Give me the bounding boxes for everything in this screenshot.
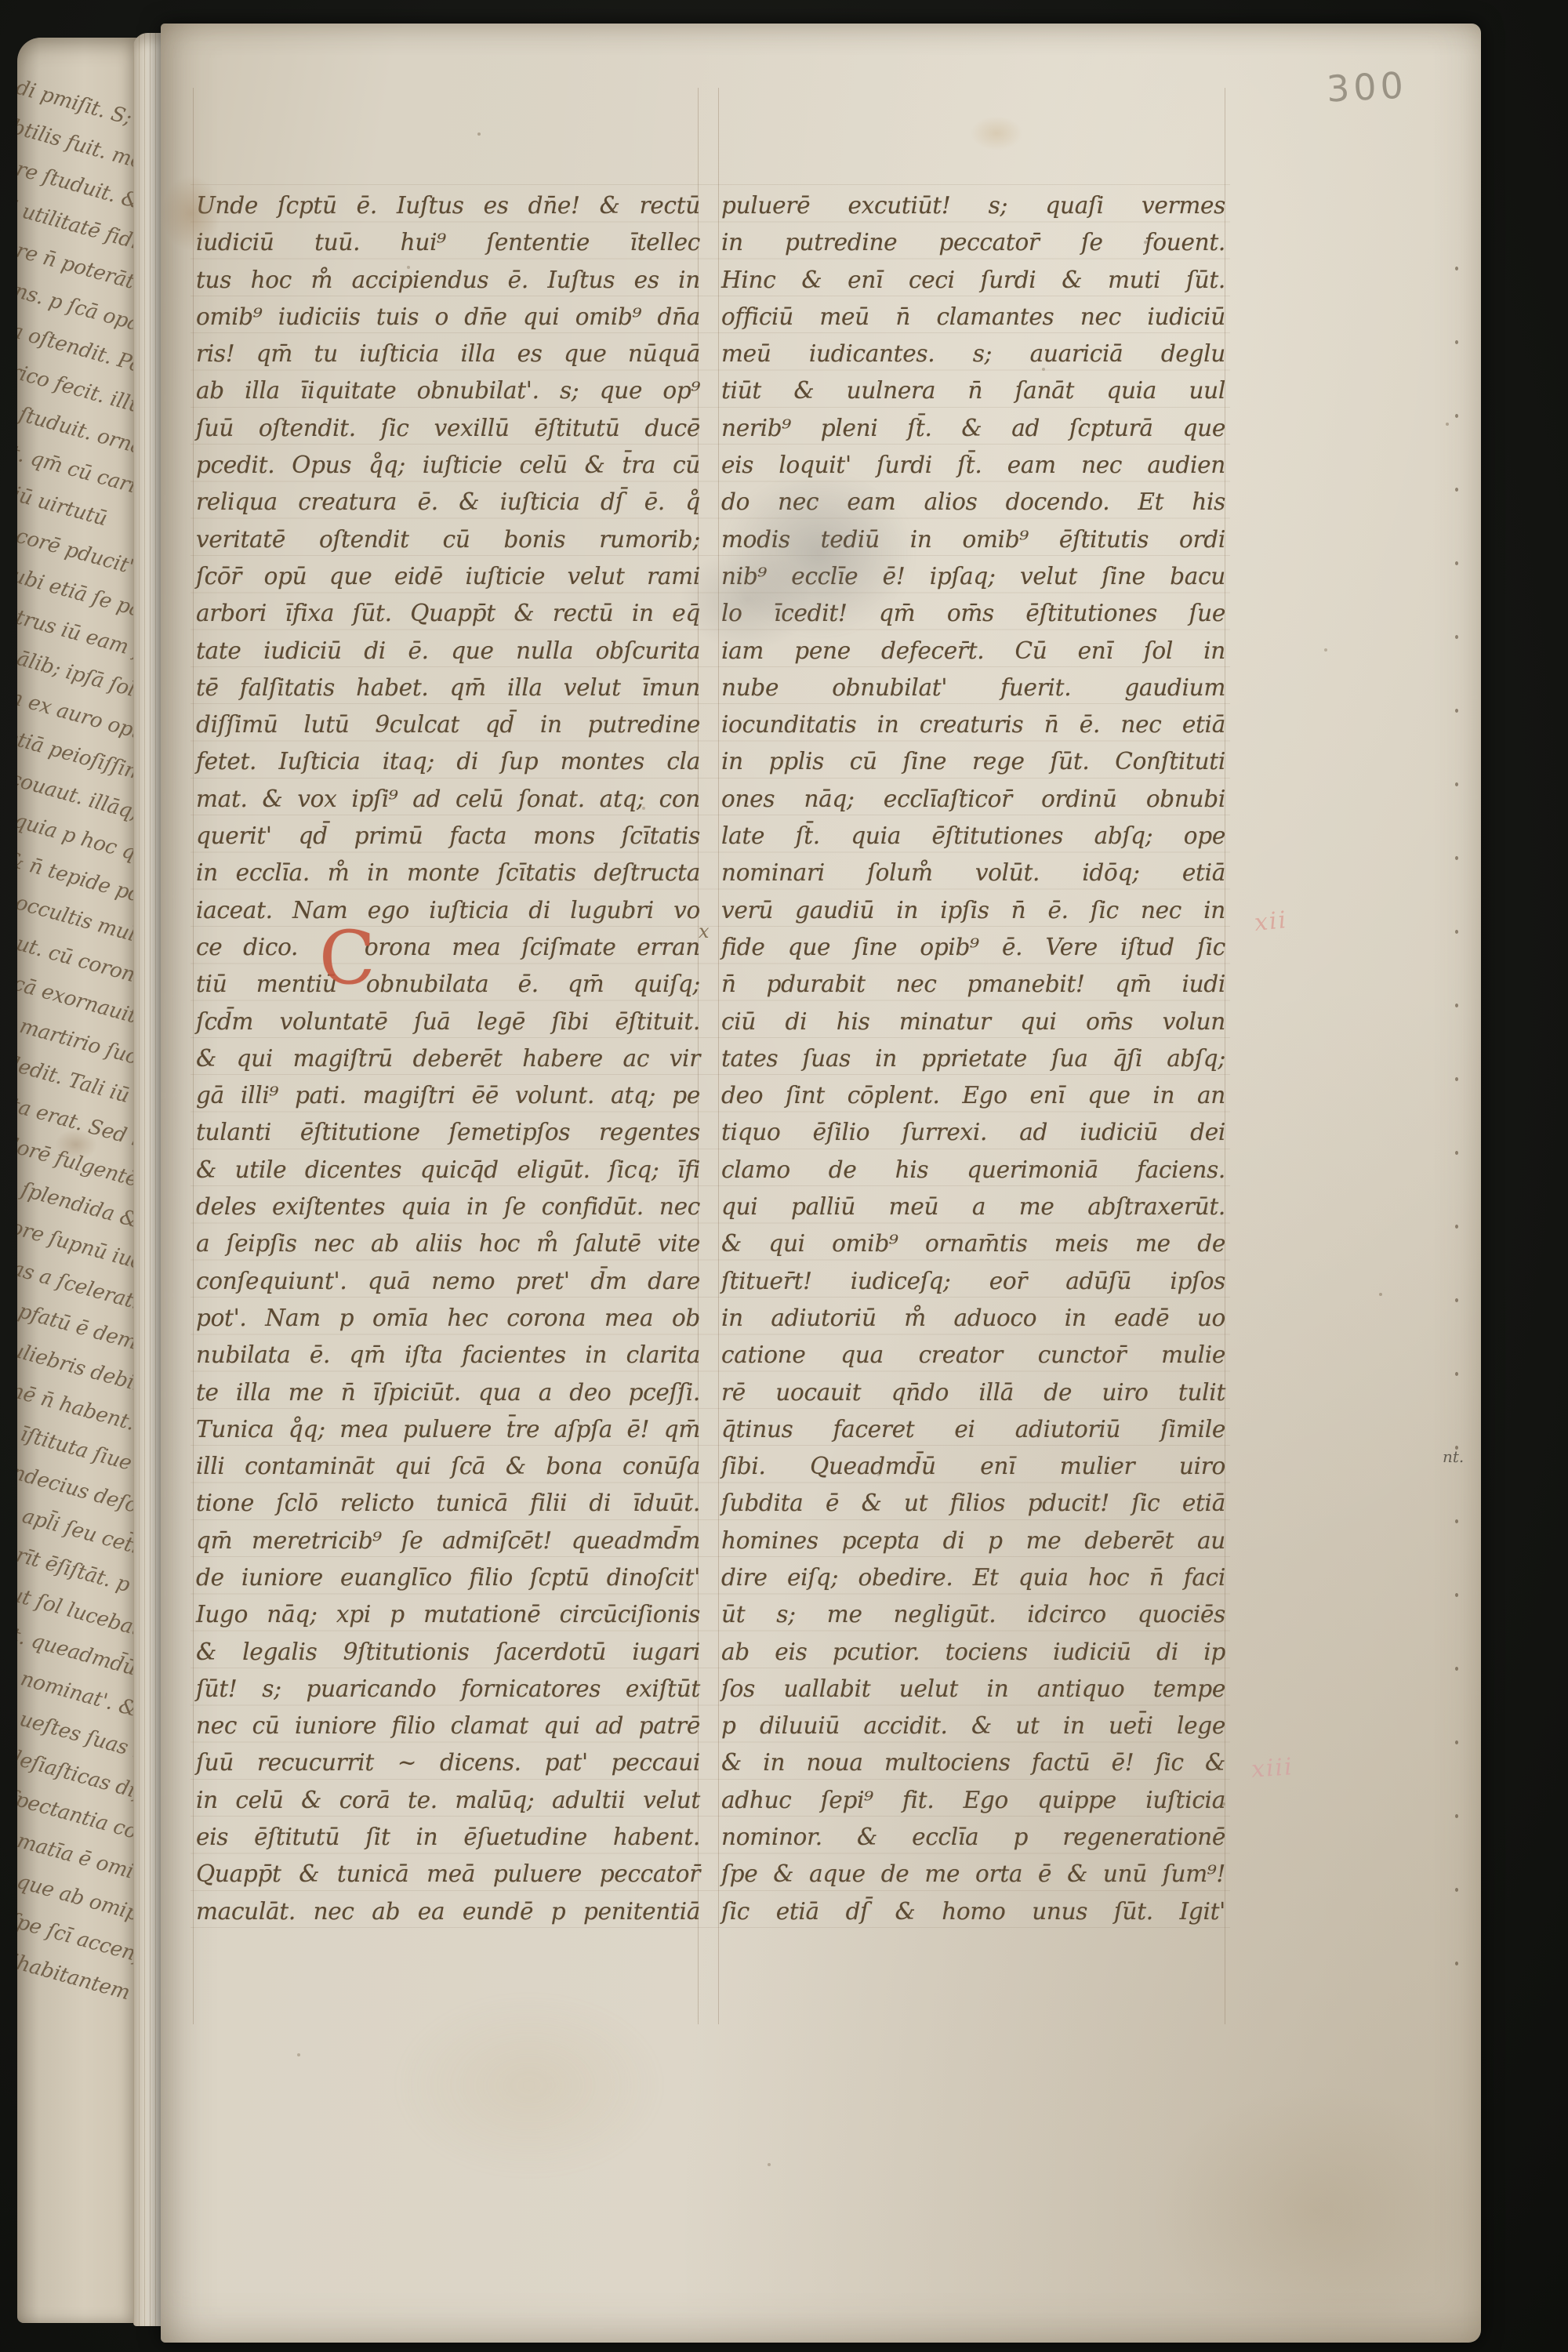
manuscript-line: nerib⁹ pleni ſt̄. & ad ſcpturā que [721,410,1225,447]
manuscript-line: ſūt! s; puaricando fornicatores exiſtūt [196,1671,700,1708]
ruling-line-left-col2 [718,88,719,2024]
manuscript-line: catione qua creator cunctor̄ mulie [721,1337,1225,1374]
ink-speckles [0,0,2,2]
manuscript-line: iam pene defecer̄t. Cū enī ſol in [721,633,1225,670]
manuscript-line: tione ſclō relicto tunicā filii di īduūt… [196,1485,700,1522]
manuscript-line: eis loquit' ſurdi ſt̄. eam nec audien [721,447,1225,484]
manuscript-line: clamo de his querimoniā faciens. [721,1152,1225,1189]
manuscript-line: ſibi. Queadmd̄ū enī mulier uiro [721,1448,1225,1485]
ruling-line-left-col1 [193,88,194,2024]
manuscript-line: in ecclīa. m̊ in monte ſcītatis deſtruct… [196,855,700,891]
manuscript-line: diſſimū lutū 9culcat qd̄ in putredine [196,706,700,743]
manuscript-line: rē uocauit qn̄do illā de uiro tulit [721,1374,1225,1411]
manuscript-line: q̄tinus faceret ei adiutoriū ſimile [721,1411,1225,1448]
manuscript-line: de iuniore euanglīco filio ſcptū dinoſci… [196,1559,700,1596]
prick-mark [1455,1151,1458,1155]
manuscript-line: qm̄ meretricib⁹ ſe admiſcēt! queadmd̄m [196,1523,700,1559]
manuscript-line: pot'. Nam p omīa hec corona mea ob [196,1300,700,1337]
manuscript-line: nib⁹ ecclīe ē! ipſaq; velut ſine bacu [721,558,1225,595]
manuscript-line: verū gaudiū in ipſis n̄ ē. ſic nec in [721,892,1225,929]
manuscript-line: ones nāq; ecclīaſticor̄ ordinū obnubi [721,781,1225,818]
manuscript-line: ſic etiā dſ̄ & homo unus ſūt. Igit' [721,1893,1225,1930]
text-column-1: Unde ſcptū ē. Iuſtus es dn̄e! & rectūiud… [196,187,700,1930]
prick-mark [1455,340,1458,344]
manuscript-page: Unde ſcptū ē. Iuſtus es dn̄e! & rectūiud… [161,24,1481,2343]
manuscript-line: n̄ pdurabit nec pmanebit! qm̄ iudi [721,966,1225,1003]
manuscript-line: ciū di his minatur qui om̄s volun [721,1004,1225,1040]
manuscript-line: in pplis cū ſine rege ſūt. Conſtituti [721,743,1225,780]
manuscript-line: nominor. & ecclīa p regenerationē [721,1819,1225,1856]
right-edge-note: nt. [1443,1447,1464,1466]
manuscript-line: adhuc ſepi⁹ fit. Ego quippe iuſticia [721,1782,1225,1819]
manuscript-line: ſubdita ē & ut filios pducit! ſic etiā [721,1485,1225,1522]
prick-mark [1455,1740,1458,1744]
prick-mark [1455,414,1458,418]
prick-mark [1455,1962,1458,1965]
manuscript-line: illi contamināt qui ſcā & bona conūſa [196,1448,700,1485]
manuscript-line: tates ſuas in pprietate ſua q̄ſi abſq; [721,1040,1225,1077]
manuscript-line: tiūt & uulnera n̄ ſanāt quia uul [721,372,1225,409]
manuscript-line: iudiciū tuū. hui⁹ ſententie ītellec [196,224,700,261]
manuscript-line: dire eiſq; obedire. Et quia hoc n̄ faci [721,1559,1225,1596]
text-column-2: puluerē excutiūt! s; quaſi vermesin putr… [721,187,1225,1930]
manuscript-line: pcedit. Opus q̊q; iuſticie celū & t̄ra c… [196,447,700,484]
manuscript-line: a ſeipſis nec ab aliis hoc m̊ ſalutē vit… [196,1225,700,1262]
manuscript-line: te illa me n̄ īſpiciūt. qua a deo pceſſi… [196,1374,700,1411]
manuscript-line: Hinc & enī ceci ſurdi & muti ſūt. [721,262,1225,299]
manuscript-line: ūt s; me negligūt. idcirco quociēs [721,1596,1225,1633]
manuscript-line: ab illa īiquitate obnubilat'. s; que op⁹ [196,372,700,409]
prick-mark [1455,1519,1458,1523]
prick-mark [1455,1446,1458,1450]
prick-mark [1455,635,1458,639]
manuscript-line: nec cū iuniore filio clamat qui ad patrē [196,1708,700,1744]
manuscript-line: conſequiunt'. quā nemo pret' d̄m dare [196,1263,700,1300]
manuscript-line: & legalis 9ſtitutionis ſacerdotū iugari [196,1634,700,1671]
manuscript-line: gā illi⁹ pati. magiſtri ēē volunt. atq; … [196,1077,700,1114]
manuscript-line: ris! qm̄ tu iuſticia illa es que nūquā [196,336,700,372]
manuscript-line: ſcōr̄ opū que eidē iuſticie velut rami [196,558,700,595]
manuscript-line: meū iudicantes. s; auariciā deglu [721,336,1225,372]
manuscript-line: iaceat. Nam ego iuſticia di lugubri vo [196,892,700,929]
manuscript-line: & utile dicentes quicq̄d eligūt. ſicq; ī… [196,1152,700,1189]
manuscript-line: querit' qd̄ primū facta mons ſcītatis [196,818,700,855]
manuscript-line: nubilata ē. qm̄ iſta facientes in clarit… [196,1337,700,1374]
manuscript-line: homines pcepta di p me deberēt au [721,1523,1225,1559]
manuscript-line: modis tediū in omib⁹ ēſtitutis ordi [721,521,1225,558]
manuscript-line: deo ſint cōplent. Ego enī que in an [721,1077,1225,1114]
manuscript-line: ce dico. Corona mea ſciſmate erran [196,929,700,966]
manuscript-line: Tunica q̊q; mea puluere t̄re aſpſa ē! qm… [196,1411,700,1448]
prick-mark [1455,782,1458,786]
previous-folio-edge: endi pmiſit. S; &ſubtilis fuit. moreſq;g… [17,38,140,2323]
manuscript-line: fetet. Iuſticia itaq; di ſup montes cla [196,743,700,780]
manuscript-line: ſtituer̄t! iudiceſq; eor̄ adūſū ipſos [721,1263,1225,1300]
manuscript-line: ſpe & aque de me orta ē & unū ſum⁹! [721,1856,1225,1893]
manuscript-line: in putredine peccator̄ ſe fouent. [721,224,1225,261]
prick-mark [1455,1225,1458,1229]
prick-mark [1455,488,1458,492]
red-margin-mark-lower: xiii [1250,1753,1294,1784]
manuscript-line: do nec eam alios docendo. Et his [721,484,1225,521]
manuscript-line: arbori īfixa ſūt. Quapp̄t & rectū in eq̄ [196,595,700,632]
manuscript-line: deles exiſtentes quia in ſe confidūt. ne… [196,1189,700,1225]
manuscript-line: in adiutoriū m̊ aduoco in eadē uo [721,1300,1225,1337]
intercolumn-correction-mark: x [699,920,710,942]
prick-mark [1455,1593,1458,1597]
prick-mark [1455,930,1458,934]
manuscript-line: nominari ſolum̊ volūt. idōq; etiā [721,855,1225,891]
manuscript-line: nube obnubilat' fuerit. gaudium [721,670,1225,706]
prick-mark [1455,709,1458,713]
manuscript-line: reliqua creatura ē. & iuſticia dſ̄ ē. q̊ [196,484,700,521]
manuscript-line: Iugo nāq; xpi p mutationē circūciſionis [196,1596,700,1633]
manuscript-line: ſos uallabit uelut in antiquo tempe [721,1671,1225,1708]
manuscript-photo: { "page": { "folio_number": "300", "back… [0,0,1568,2352]
red-margin-mark-upper: xii [1253,906,1289,937]
manuscript-line: eis ēſtitutū ſit in ēſuetudine habent. [196,1819,700,1856]
manuscript-line: lo īcedit! qm̄ om̄s ēſtitutiones ſue [721,595,1225,632]
manuscript-line: puluerē excutiūt! s; quaſi vermes [721,187,1225,224]
manuscript-line: fide que ſine opib⁹ ē. Vere iſtud ſic [721,929,1225,966]
prick-mark [1455,1888,1458,1892]
manuscript-line: maculāt. nec ab ea eundē p penitentiā [196,1893,700,1930]
manuscript-line: tus hoc m̊ accipiendus ē. Iuſtus es in [196,262,700,299]
prick-mark [1455,1814,1458,1818]
manuscript-line: & qui magiſtrū deberēt habere ac vir [196,1040,700,1077]
manuscript-line: in celū & corā te. malūq; adultii velut [196,1782,700,1819]
prick-mark [1455,267,1458,270]
previous-folio-text: endi pmiſit. S; &ſubtilis fuit. moreſq;g… [17,38,140,2323]
manuscript-line: ab eis pcutior. tociens iudiciū di ip [721,1634,1225,1671]
manuscript-line: Unde ſcptū ē. Iuſtus es dn̄e! & rectū [196,187,700,224]
manuscript-line: late ſt̄. quia ēſtitutiones abſq; ope [721,818,1225,855]
manuscript-line: omib⁹ iudiciis tuis o dn̄e qui omib⁹ dn̄… [196,299,700,336]
manuscript-line: tē falſitatis habet. qm̄ illa velut īmun [196,670,700,706]
manuscript-line: ſcd̄m voluntatē ſuā legē ſibi ēſtituit. [196,1004,700,1040]
manuscript-line: & in noua multociens factū ē! ſic & [721,1744,1225,1781]
manuscript-line: tiū mentiū obnubilata ē. qm̄ quiſq; [196,966,700,1003]
manuscript-line: tiquo ēſilio ſurrexi. ad iudiciū dei [721,1114,1225,1151]
manuscript-line: ſuū recucurrit ~ dicens. pat' peccaui [196,1744,700,1781]
manuscript-line: qui palliū meū a me abſtraxerūt. [721,1189,1225,1225]
prick-mark [1455,1372,1458,1376]
manuscript-line: veritatē oſtendit cū bonis rumorib; [196,521,700,558]
prick-mark [1455,1298,1458,1302]
prick-mark [1455,1077,1458,1081]
manuscript-line: tate iudiciū di ē. que nulla obſcurita [196,633,700,670]
manuscript-line: officiū meū n̄ clamantes nec iudiciū [721,299,1225,336]
prick-mark [1455,1004,1458,1007]
folio-number: 300 [1326,64,1408,110]
manuscript-line: mat. & vox ipſi⁹ ad celū ſonat. atq; con [196,781,700,818]
manuscript-line: & qui omib⁹ ornam̄tis meis me de [721,1225,1225,1262]
rubric-initial: C [319,931,365,955]
manuscript-line: ſuū oſtendit. ſic vexillū ēſtitutū ducē [196,410,700,447]
manuscript-line: p diluuiū accidit. & ut in uet̄i lege [721,1708,1225,1744]
manuscript-line: tulanti ēſtitutione ſemetipſos regentes [196,1114,700,1151]
manuscript-line: iocunditatis in creaturis n̄ ē. nec etiā [721,706,1225,743]
prick-mark [1455,1667,1458,1671]
prick-mark [1455,561,1458,565]
prick-mark [1455,856,1458,860]
manuscript-line: Quapp̄t & tunicā meā puluere peccator̄ [196,1856,700,1893]
